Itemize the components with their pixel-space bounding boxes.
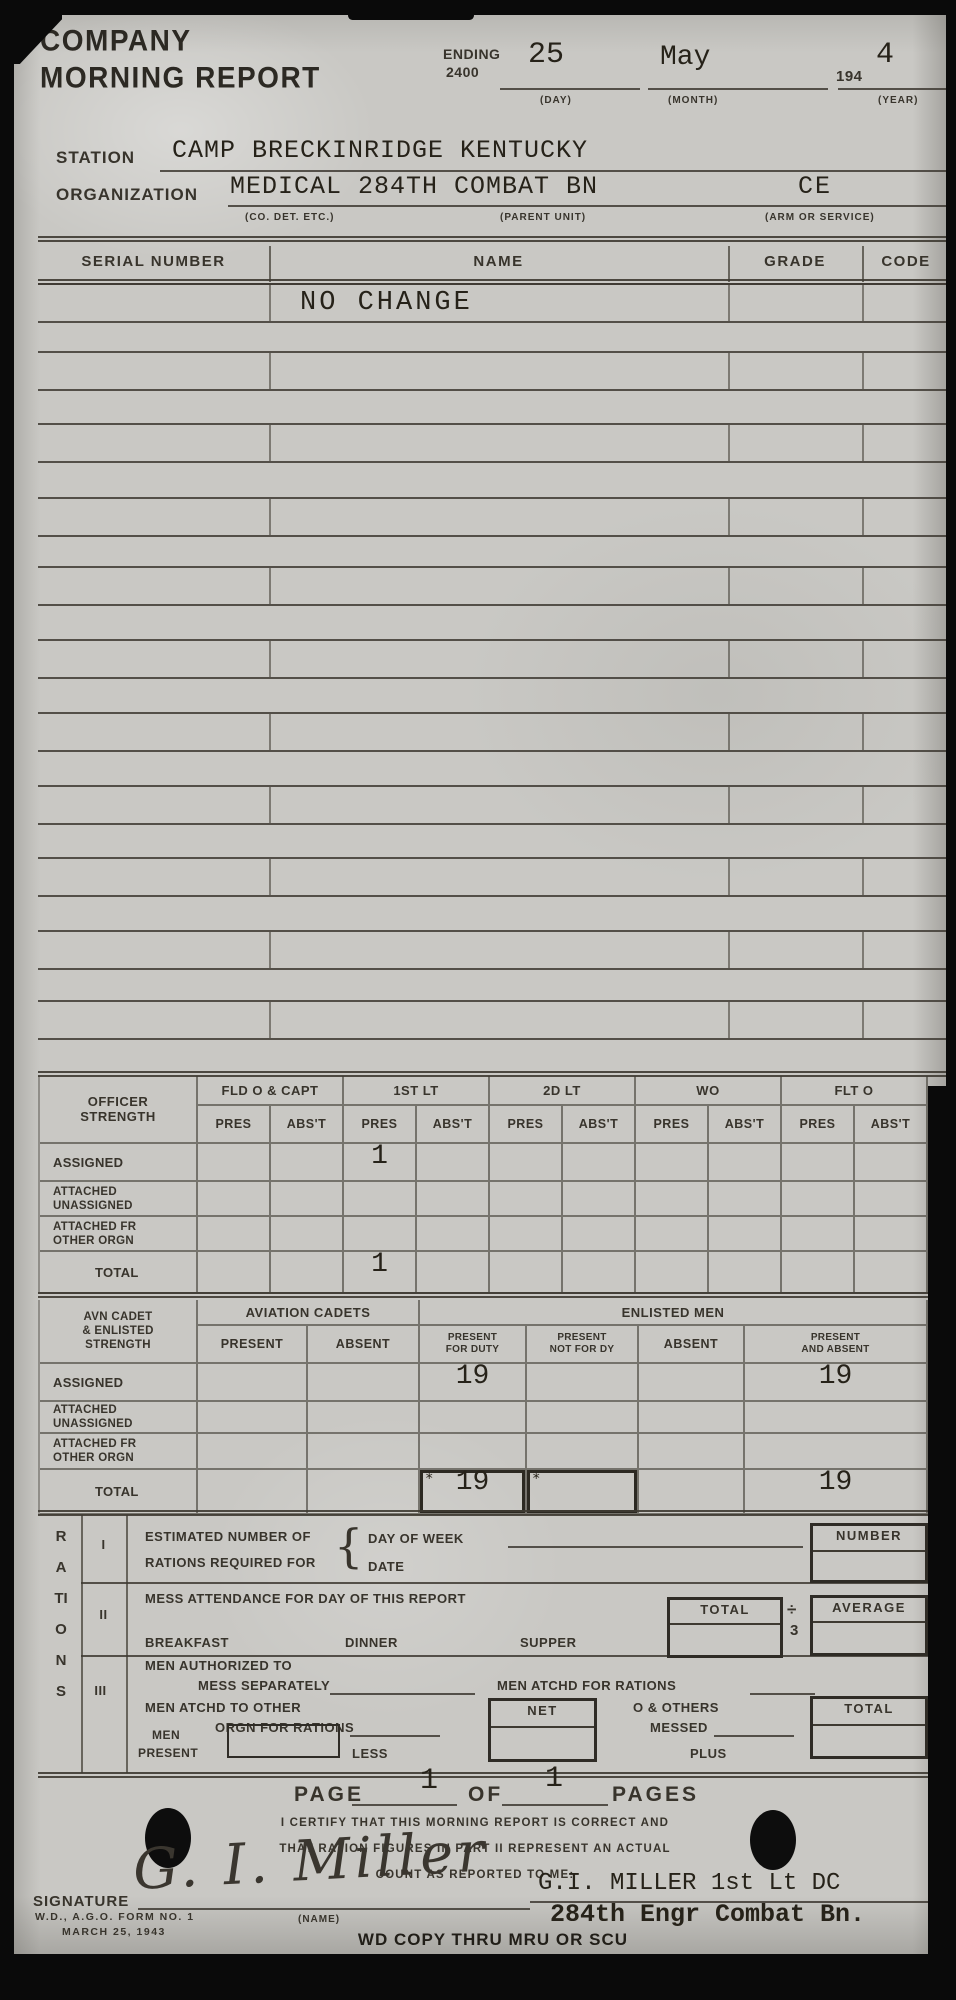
o-and-others-line1: O & OTHERS	[633, 1700, 719, 1715]
o-and-others-line2: MESSED	[650, 1720, 708, 1735]
group-aviation-cadets: AVIATION CADETS	[198, 1300, 420, 1326]
col-present-for-duty: PRESENT FOR DUTY	[420, 1326, 527, 1364]
plus-label: PLUS	[690, 1746, 727, 1761]
men-present-line1: MEN	[152, 1728, 180, 1742]
pages-underline	[502, 1804, 608, 1806]
blank-line	[330, 1693, 475, 1695]
row-label-attached-fr-other: ATTACHED FR OTHER ORGN	[40, 1217, 198, 1252]
roster-row	[38, 566, 950, 606]
ending-hour-label: 2400	[446, 64, 479, 80]
rule	[38, 236, 950, 242]
officer-group-fldo-capt: FLD O & CAPT	[198, 1076, 344, 1106]
men-authorized-line2: MESS SEPARATELY	[198, 1678, 330, 1693]
row-label-total: TOTAL	[40, 1252, 198, 1294]
enlisted-strength-table: AVN CADET & ENLISTED STRENGTH AVIATION C…	[38, 1300, 928, 1515]
typed-name-line: G.I. MILLER 1st Lt DC	[538, 1870, 840, 1897]
rule	[38, 1772, 950, 1778]
organization-underline	[228, 205, 948, 207]
officer-group-wo: WO	[636, 1076, 782, 1106]
footnote-mark: *	[425, 1471, 433, 1487]
divide-by-value: 3	[790, 1622, 799, 1639]
ending-label: ENDING	[443, 46, 500, 62]
men-present-box	[227, 1724, 340, 1758]
roster-col-name: NAME	[269, 253, 728, 270]
station-label: STATION	[56, 148, 135, 168]
vline	[126, 1515, 128, 1773]
part-1-numeral: I	[81, 1537, 126, 1552]
col-abst: ABS'T	[709, 1106, 782, 1144]
men-atchd-for-rations-label: MEN ATCHD FOR RATIONS	[497, 1678, 676, 1693]
organization-value: MEDICAL 284TH COMBAT BN	[230, 172, 598, 201]
dinner-label: DINNER	[345, 1635, 398, 1650]
roster-row	[38, 423, 950, 463]
year-prefix: 194	[836, 68, 863, 85]
vline	[862, 246, 864, 282]
col-abst: ABS'T	[271, 1106, 344, 1144]
men-authorized-line1: MEN AUTHORIZED TO	[145, 1658, 292, 1673]
part1-line1: ESTIMATED NUMBER OF	[145, 1529, 311, 1544]
roster-row	[38, 639, 950, 679]
net-box: NET	[488, 1698, 597, 1762]
enlisted-strength-heading: AVN CADET & ENLISTED STRENGTH	[40, 1300, 198, 1364]
number-box: NUMBER	[810, 1523, 928, 1583]
divide-symbol: ÷	[787, 1600, 797, 1620]
date-label: DATE	[368, 1559, 404, 1574]
col-pres: PRES	[636, 1106, 709, 1144]
film-edge-right	[928, 1086, 956, 2000]
roster-row	[38, 1000, 950, 1040]
row-label-attached-unassigned: ATTACHED UNASSIGNED	[40, 1182, 198, 1217]
less-label: LESS	[352, 1746, 388, 1761]
day-caption: (DAY)	[540, 95, 572, 106]
rule	[81, 1582, 928, 1584]
year-value: 4	[876, 38, 894, 72]
part-2-numeral: II	[81, 1607, 126, 1622]
form-number: W.D., A.G.O. FORM NO. 1	[35, 1911, 195, 1923]
enlisted-total-present-not-for-duty: *	[527, 1470, 639, 1515]
day-of-week-blank	[508, 1546, 803, 1548]
col-pres: PRES	[782, 1106, 855, 1144]
brace: {	[334, 1519, 363, 1573]
row-label-total: TOTAL	[40, 1470, 198, 1515]
officer-assigned-1stlt-pres: 1	[344, 1144, 417, 1182]
roster-row	[38, 785, 950, 825]
punch-hole	[750, 1810, 796, 1870]
officer-strength-heading: OFFICER STRENGTH	[40, 1076, 198, 1144]
day-value: 25	[528, 38, 564, 72]
officer-strength-table: OFFICER STRENGTH FLD O & CAPT 1ST LT 2D …	[38, 1076, 928, 1294]
col-abst: ABS'T	[855, 1106, 928, 1144]
mess-total-box: TOTAL	[667, 1597, 783, 1658]
blank-line	[750, 1693, 815, 1695]
rule	[38, 1292, 950, 1298]
enlisted-total-present-for-duty: * 19	[420, 1470, 527, 1515]
film-edge-nick	[348, 11, 474, 20]
supper-label: SUPPER	[520, 1635, 576, 1650]
form-title-line1: COMPANY	[40, 24, 192, 58]
part-3-numeral: III	[78, 1683, 123, 1698]
arm-service-caption: (ARM OR SERVICE)	[765, 212, 875, 223]
roster-row	[38, 930, 950, 970]
officer-group-flt-o: FLT O	[782, 1076, 928, 1106]
parent-unit-caption: (PARENT UNIT)	[500, 212, 586, 223]
pages-value: 1	[545, 1762, 563, 1796]
officer-total-1stlt-pres: 1	[344, 1252, 417, 1294]
group-enlisted-men: ENLISTED MEN	[420, 1300, 928, 1326]
of-label: OF	[468, 1783, 503, 1807]
distribution-line: WD COPY THRU MRU OR SCU	[348, 1930, 638, 1950]
row-label-assigned: ASSIGNED	[40, 1364, 198, 1402]
blank-line	[350, 1735, 440, 1737]
col-absent: ABSENT	[639, 1326, 745, 1364]
col-present-not-for-duty: PRESENT NOT FOR DY	[527, 1326, 639, 1364]
vline	[728, 246, 730, 282]
signature-label: SIGNATURE	[33, 1893, 129, 1910]
month-caption: (MONTH)	[668, 95, 718, 106]
roster-row	[38, 857, 950, 897]
blank-line	[714, 1735, 794, 1737]
page-underline	[352, 1804, 457, 1806]
name-caption: (NAME)	[298, 1914, 340, 1925]
month-value: May	[660, 42, 710, 73]
roster-col-grade: GRADE	[728, 253, 862, 270]
col-pres: PRES	[344, 1106, 417, 1144]
roster-col-code: CODE	[862, 253, 950, 270]
roster-entry: NO CHANGE	[300, 288, 473, 318]
rations-side-label: RATIONS	[52, 1521, 70, 1707]
roster-row	[38, 351, 950, 391]
pages-label: PAGES	[612, 1783, 699, 1807]
roster-row: NO CHANGE	[38, 283, 950, 323]
form-title-line2: MORNING REPORT	[40, 61, 321, 95]
rations-total-box: TOTAL	[810, 1696, 928, 1759]
year-underline	[838, 88, 950, 90]
month-underline	[648, 88, 828, 90]
film-edge-top	[0, 0, 956, 15]
footnote-mark: *	[532, 1471, 540, 1487]
col-abst: ABS'T	[563, 1106, 636, 1144]
film-edge-right-thin	[946, 0, 956, 1090]
roster-row	[38, 497, 950, 537]
row-label-assigned: ASSIGNED	[40, 1144, 198, 1182]
col-pres: PRES	[198, 1106, 271, 1144]
day-underline	[500, 88, 640, 90]
men-present-line2: PRESENT	[138, 1746, 198, 1760]
arm-service-value: CE	[798, 172, 832, 201]
station-value: CAMP BRECKINRIDGE KENTUCKY	[172, 136, 588, 165]
roster-row	[38, 712, 950, 752]
co-det-caption: (CO. DET. ETC.)	[245, 212, 334, 223]
film-edge-bottom	[0, 1954, 956, 2000]
row-label-attached-unassigned: ATTACHED UNASSIGNED	[40, 1402, 198, 1434]
officer-group-2d-lt: 2D LT	[490, 1076, 636, 1106]
page-value: 1	[420, 1764, 438, 1798]
vline	[81, 1515, 83, 1773]
breakfast-label: BREAKFAST	[145, 1635, 229, 1650]
row-label-attached-fr-other: ATTACHED FR OTHER ORGN	[40, 1434, 198, 1470]
men-atchd-other-line1: MEN ATCHD TO OTHER	[145, 1700, 301, 1715]
officer-group-1st-lt: 1ST LT	[344, 1076, 490, 1106]
typed-org-line: 284th Engr Combat Bn.	[550, 1900, 865, 1929]
rule	[81, 1655, 928, 1657]
part1-line2: RATIONS REQUIRED FOR	[145, 1555, 316, 1570]
form-date: MARCH 25, 1943	[62, 1926, 166, 1938]
enlisted-total-present-and-absent: 19	[745, 1470, 928, 1515]
mess-attendance-title: MESS ATTENDANCE FOR DAY OF THIS REPORT	[145, 1591, 466, 1606]
film-edge-left	[0, 0, 14, 2000]
col-pres: PRES	[490, 1106, 563, 1144]
day-of-week-label: DAY OF WEEK	[368, 1531, 464, 1546]
signature-underline	[138, 1908, 530, 1910]
roster-col-serial: SERIAL NUMBER	[38, 253, 269, 270]
scanned-morning-report-page: COMPANY MORNING REPORT ENDING 2400 25 (D…	[0, 0, 956, 2000]
col-absent: ABSENT	[308, 1326, 420, 1364]
rations-section: RATIONS I ESTIMATED NUMBER OF RATIONS RE…	[38, 1515, 950, 1773]
organization-label: ORGANIZATION	[56, 185, 198, 205]
col-present-and-absent: PRESENT AND ABSENT	[745, 1326, 928, 1364]
average-box: AVERAGE	[810, 1595, 928, 1656]
year-caption: (YEAR)	[878, 95, 918, 106]
enlisted-assigned-present-for-duty: 19	[420, 1364, 527, 1402]
col-present: PRESENT	[198, 1326, 308, 1364]
enlisted-assigned-present-and-absent: 19	[745, 1364, 928, 1402]
vline	[269, 246, 271, 282]
col-abst: ABS'T	[417, 1106, 490, 1144]
